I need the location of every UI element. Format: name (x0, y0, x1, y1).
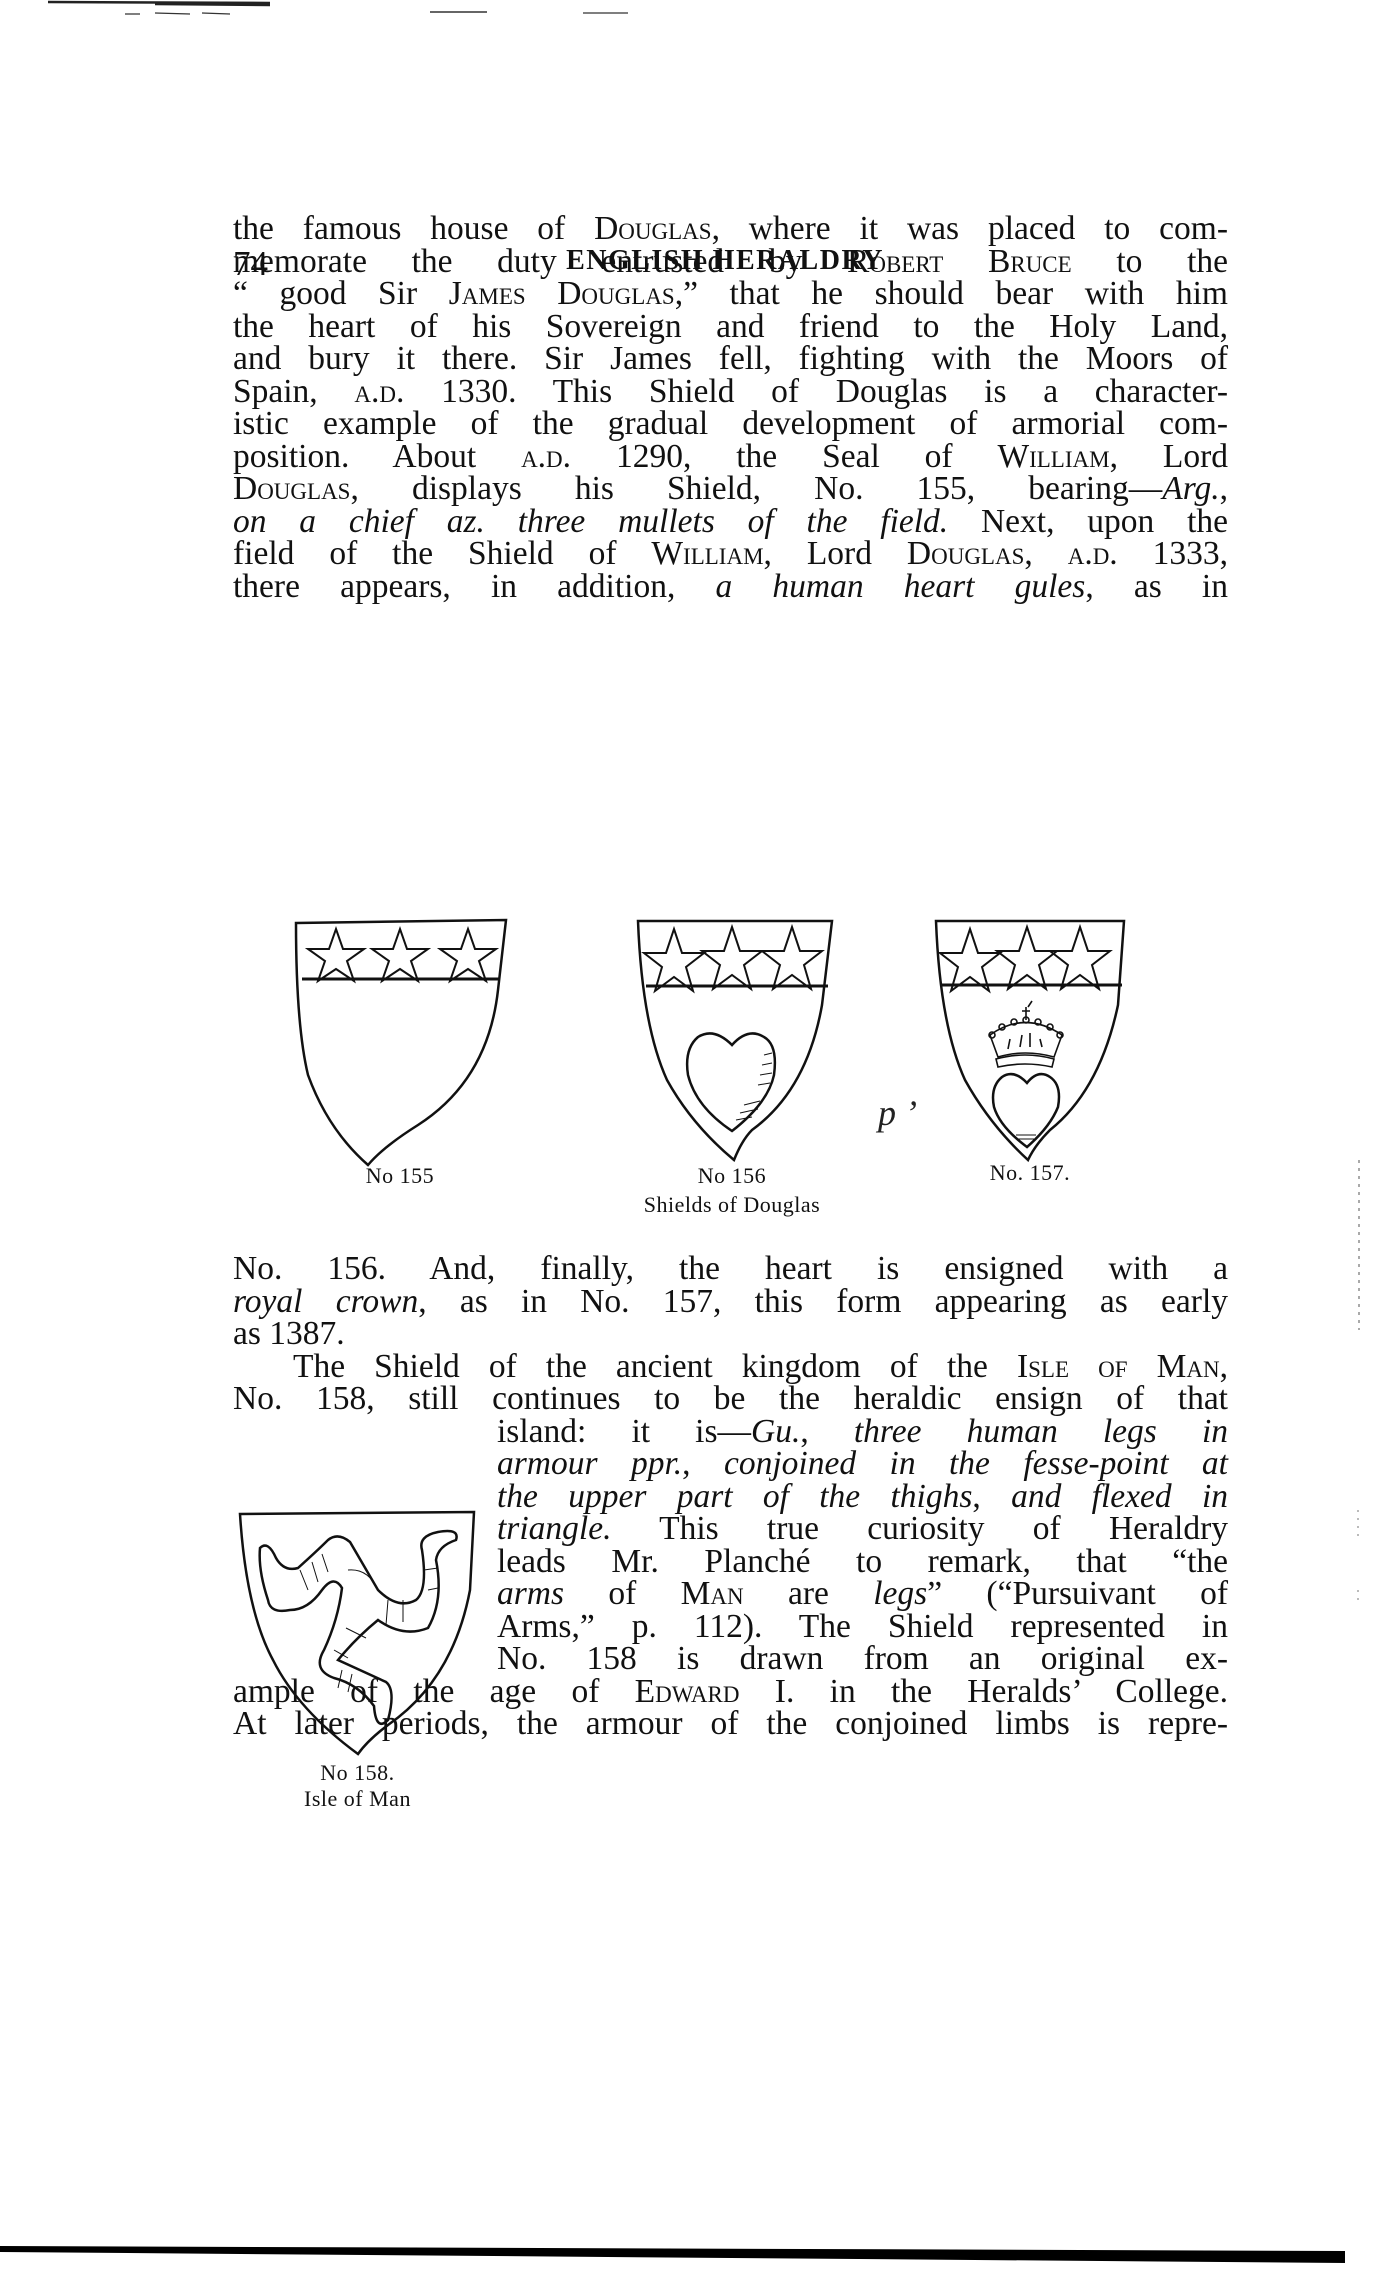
text-line: triangle. This true curiosity of Heraldr… (497, 1512, 1228, 1545)
text-line: istic example of the gradual development… (233, 407, 1228, 440)
text-line: armour ppr., conjoined in the fesse-poin… (497, 1447, 1228, 1480)
caption-no-156: No 156 (632, 1163, 832, 1189)
text-line: on a chief az. three mullets of the fiel… (233, 505, 1228, 538)
text-line: position. About a.d. 1290, the Seal of W… (233, 440, 1228, 473)
text-line: as 1387. (233, 1317, 1228, 1350)
text-line: No. 156. And, finally, the heart is ensi… (233, 1252, 1228, 1285)
mullet-icon (440, 929, 496, 981)
margin-mark: p ’ (878, 1092, 917, 1134)
crown-icon (989, 1001, 1063, 1067)
text-line: the famous house of Douglas, where it wa… (233, 212, 1228, 245)
heart-icon (687, 1033, 775, 1131)
mullet-icon (308, 929, 364, 981)
text-line: Douglas, displays his Shield, No. 155, b… (233, 472, 1228, 505)
text-line: the upper part of the thighs, and flexed… (497, 1480, 1228, 1513)
mullet-icon (372, 929, 428, 981)
scan-artifact-top (0, 0, 700, 20)
caption-shields-of-douglas: Shields of Douglas (582, 1192, 882, 1218)
text-line: Spain, a.d. 1330. This Shield of Douglas… (233, 375, 1228, 408)
shield-156-illustration (632, 915, 832, 1165)
scan-artifact-margin (1355, 1160, 1365, 1610)
scan-artifact-bottom-bar (0, 2243, 1355, 2263)
text-line: the heart of his Sovereign and friend to… (233, 310, 1228, 343)
text-line: Arms,” p. 112). The Shield represented i… (497, 1610, 1228, 1643)
text-line: and bury it there. Sir James fell, fight… (233, 342, 1228, 375)
text-line: No. 158 is drawn from an original ex- (497, 1642, 1228, 1675)
caption-isle-of-man: Isle of Man (240, 1786, 475, 1812)
text-line: there appears, in addition, a human hear… (233, 570, 1228, 603)
caption-no-157: No. 157. (930, 1160, 1130, 1186)
text-line: field of the Shield of William, Lord Dou… (233, 537, 1228, 570)
shield-155-illustration (288, 915, 508, 1165)
text-line: memorate the duty entrusted by Robert Br… (233, 245, 1228, 278)
text-line: leads Mr. Planché to remark, that “the (497, 1545, 1228, 1578)
text-line: royal crown, as in No. 157, this form ap… (233, 1285, 1228, 1318)
text-line: “ good Sir James Douglas,” that he shoul… (233, 277, 1228, 310)
shield-158-isle-of-man-illustration (238, 1510, 478, 1755)
text-line: No. 158, still continues to be the heral… (233, 1382, 1228, 1415)
text-line: The Shield of the ancient kingdom of the… (293, 1350, 1228, 1383)
text-line: arms of Man are legs” (“Pursuivant of (497, 1577, 1228, 1610)
shield-157-illustration (930, 915, 1130, 1165)
caption-no-158: No 158. (240, 1760, 475, 1786)
triskelion-icon (260, 1531, 457, 1724)
caption-no-155: No 155 (300, 1163, 500, 1189)
text-line: island: it is—Gu., three human legs in (497, 1415, 1228, 1448)
